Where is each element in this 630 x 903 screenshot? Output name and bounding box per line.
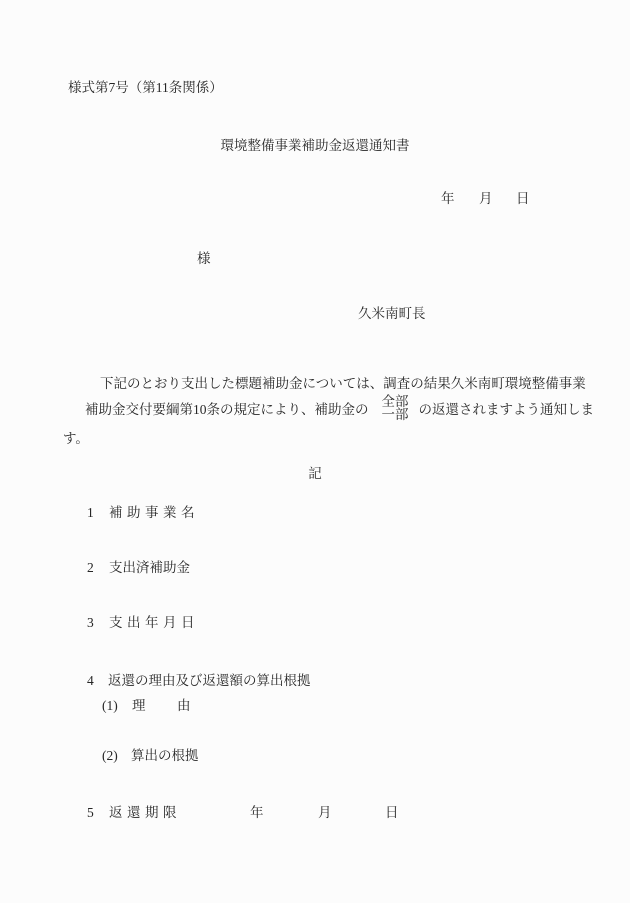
item-5-day-label: 日 xyxy=(385,804,399,822)
item-3: 3 支出年月日 xyxy=(0,614,630,634)
day-label: 日 xyxy=(516,190,530,208)
form-number: 様式第7号（第11条関係） xyxy=(68,79,223,98)
body-line-2: 補助金交付要綱第10条の規定により、補助金の 全部 一部 の返還されますよう通知… xyxy=(85,391,594,425)
all-or-part-choice: 全部 一部 xyxy=(382,395,409,421)
item-5-label: 返還期限 xyxy=(109,804,181,822)
item-4-sub-1-label-right: 由 xyxy=(177,697,191,715)
item-1-label: 補助事業名 xyxy=(109,504,199,522)
item-4: 4 返還の理由及び返還額の算出根拠 xyxy=(0,672,630,692)
item-2-label: 支出済補助金 xyxy=(109,559,190,577)
document-title: 環境整備事業補助金返還通知書 xyxy=(0,137,630,156)
item-4-sub-1-label-left: 理 xyxy=(132,697,146,715)
item-5-number: 5 xyxy=(87,804,94,822)
item-4-sub-2-label: 算出の根拠 xyxy=(131,747,199,765)
body-line-2-before: 補助金交付要綱第10条の規定により、補助金の xyxy=(85,398,369,418)
addressee-honorific: 様 xyxy=(197,250,211,269)
item-4-sub-2-number: (2) xyxy=(102,747,118,765)
record-heading: 記 xyxy=(0,465,630,484)
item-2: 2 支出済補助金 xyxy=(0,559,630,579)
item-4-number: 4 xyxy=(87,672,94,690)
item-5-month-label: 月 xyxy=(318,804,332,822)
month-label: 月 xyxy=(479,190,493,208)
item-1: 1 補助事業名 xyxy=(0,504,630,524)
item-4-sub-1-number: (1) xyxy=(102,697,118,715)
year-label: 年 xyxy=(441,190,455,208)
item-5-year-label: 年 xyxy=(250,804,264,822)
date-line: 年 月 日 xyxy=(0,190,630,210)
item-2-number: 2 xyxy=(87,559,94,577)
item-4-sub-1: (1) 理 由 xyxy=(0,697,630,717)
item-3-number: 3 xyxy=(87,614,94,632)
body-line-2-after: の返還されますよう通知しま xyxy=(419,398,595,418)
choice-part-label: 一部 xyxy=(382,408,409,421)
item-1-number: 1 xyxy=(87,504,94,522)
body-line-3: す。 xyxy=(63,430,89,449)
item-5: 5 返還期限 年 月 日 xyxy=(0,804,630,824)
item-4-label: 返還の理由及び返還額の算出根拠 xyxy=(108,672,311,690)
sender-title: 久米南町長 xyxy=(358,305,426,324)
document-page: 様式第7号（第11条関係） 環境整備事業補助金返還通知書 年 月 日 様 久米南… xyxy=(0,0,630,903)
item-3-label: 支出年月日 xyxy=(109,614,199,632)
item-4-sub-2: (2) 算出の根拠 xyxy=(0,747,630,767)
